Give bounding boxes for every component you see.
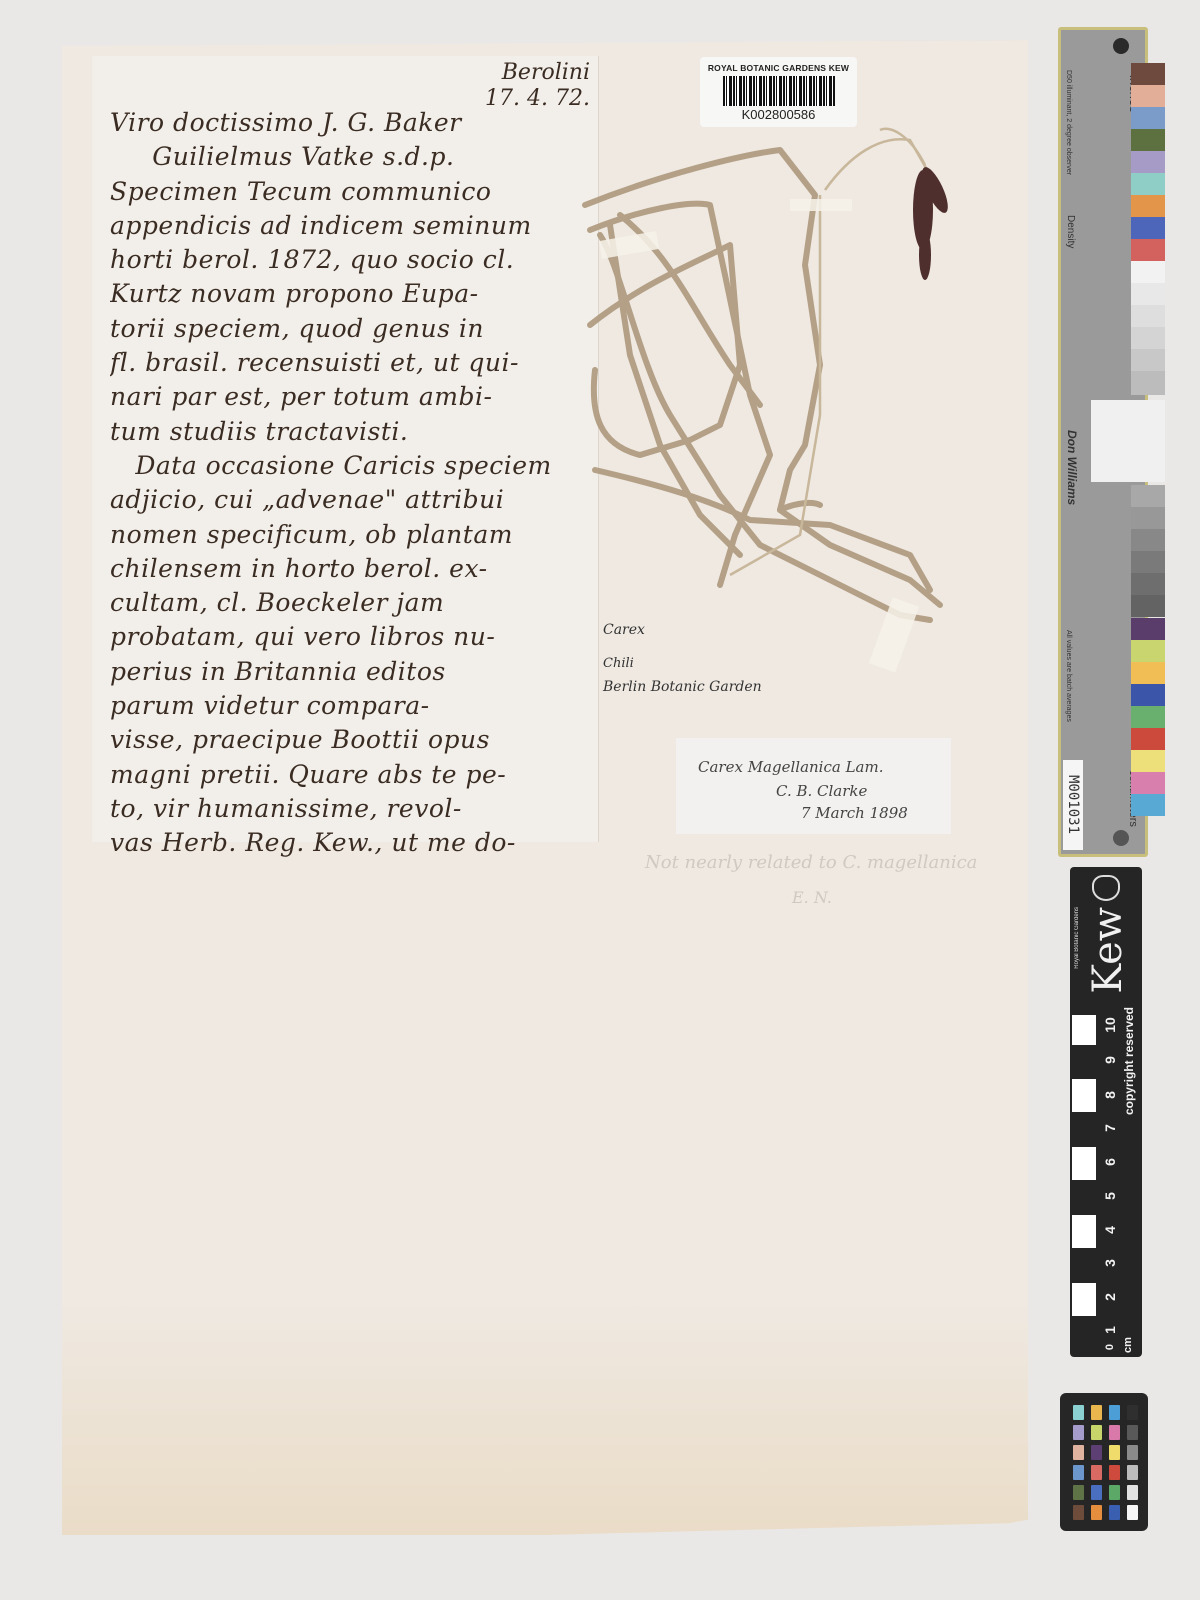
scale-tick: 7: [1102, 1118, 1118, 1138]
copyright-note: copyright reserved: [1122, 1007, 1136, 1115]
color-patch: [1131, 706, 1165, 728]
maker-label: Don Williams: [1065, 430, 1079, 505]
scale-tick: 9: [1102, 1050, 1118, 1070]
swatch: [1073, 1425, 1084, 1440]
color-patch: [1131, 63, 1165, 85]
determination-date: 7 March 1898: [801, 804, 908, 822]
letter-line: parum videtur compara-: [110, 689, 600, 723]
scale-tick: 3: [1102, 1253, 1118, 1273]
scale-tick: 6: [1102, 1152, 1118, 1172]
swatch: [1091, 1485, 1102, 1500]
swatch: [1127, 1505, 1138, 1520]
letter-body: Viro doctissimo J. G. Baker Guilielmus V…: [110, 106, 600, 861]
scale-segment: [1072, 1147, 1096, 1180]
kew-subtitle: Royal Botanic Gardens: [1074, 907, 1080, 969]
carex-specimen-icon: [580, 115, 980, 675]
swatch: [1127, 1485, 1138, 1500]
institution-name: ROYAL BOTANIC GARDENS KEW: [700, 63, 857, 73]
gray-patch: [1131, 529, 1165, 551]
swatch: [1109, 1485, 1120, 1500]
density-label: Density: [1065, 215, 1076, 248]
swatch: [1091, 1445, 1102, 1460]
source-note: Berlin Botanic Garden: [603, 679, 762, 695]
swatch: [1127, 1425, 1138, 1440]
color-patch: [1131, 684, 1165, 706]
color-patch: [1131, 794, 1165, 816]
swatch: [1073, 1485, 1084, 1500]
gray-patch: [1131, 305, 1165, 327]
density-step-wedge: [1091, 400, 1165, 482]
genus-note: Carex: [603, 622, 645, 638]
color-patch: [1131, 85, 1165, 107]
kew-crest-icon: [1092, 875, 1120, 901]
scale-tick: 10: [1102, 1015, 1118, 1035]
letter-line: Kurtz novam propono Eupa-: [110, 277, 600, 311]
batch-note: All values are batch averages: [1065, 630, 1072, 722]
scale-tick: 2: [1102, 1287, 1118, 1307]
color-patch: [1131, 640, 1165, 662]
letter-line: horti berol. 1872, quo socio cl.: [110, 243, 600, 277]
letter-line: to, vir humanissime, revol-: [110, 792, 600, 826]
gray-patch: [1131, 371, 1165, 395]
barcode-icon: [723, 76, 835, 106]
letter-line: torii speciem, quod genus in: [110, 312, 600, 346]
scale-segment: [1072, 1215, 1096, 1248]
swatch: [1109, 1425, 1120, 1440]
color-patch: [1131, 239, 1165, 261]
letter-line: nari par est, per totum ambi-: [110, 380, 600, 414]
gray-patch: [1131, 485, 1165, 507]
swatch: [1109, 1405, 1120, 1420]
swatch: [1091, 1405, 1102, 1420]
swatch: [1109, 1445, 1120, 1460]
swatch: [1109, 1505, 1120, 1520]
color-patch: [1131, 107, 1165, 129]
swatch: [1073, 1465, 1084, 1480]
letter-dateline: Berolini 17. 4. 72.: [460, 60, 590, 112]
gray-patch: [1131, 349, 1165, 371]
letter-line: tum studiis tractavisti.: [110, 415, 600, 449]
color-patch: [1131, 750, 1165, 772]
letter-line: adjicio, cui „advenae" attribui: [110, 483, 600, 517]
color-patch: [1131, 728, 1165, 750]
scale-tick: 0: [1104, 1337, 1116, 1357]
gray-patch: [1131, 595, 1165, 617]
scale-tick: 8: [1102, 1085, 1118, 1105]
letter-line: visse, praecipue Boottii opus: [110, 723, 600, 757]
swatch: [1127, 1465, 1138, 1480]
illuminant-note: D50 illuminant, 2 degree observer: [1065, 70, 1072, 175]
mounting-tape: [790, 199, 852, 211]
gray-patch: [1131, 551, 1165, 573]
gray-patch: [1131, 573, 1165, 595]
letter-line: Specimen Tecum communico: [110, 175, 600, 209]
color-calibration-bar: inches D50 illuminant, 2 degree observer…: [1058, 27, 1148, 857]
color-patch: [1131, 129, 1165, 151]
letter-line: perius in Britannia editos: [110, 655, 600, 689]
pencil-annotation: Not nearly related to C. magellanica: [645, 852, 977, 873]
gray-patch: [1131, 327, 1165, 349]
color-patch: [1131, 151, 1165, 173]
scale-segment: [1072, 1079, 1096, 1112]
locality-note: Chili: [603, 656, 634, 671]
color-patch: [1131, 618, 1165, 640]
sheet-aged-edge: [62, 1300, 1028, 1535]
swatch: [1091, 1425, 1102, 1440]
pencil-initials: E. N.: [792, 888, 832, 907]
color-swatch-card: [1060, 1393, 1148, 1531]
letter-place: Berolini: [460, 60, 590, 86]
determiner-name: C. B. Clarke: [776, 782, 867, 800]
scale-segment: [1072, 1015, 1096, 1045]
color-patch: [1131, 217, 1165, 239]
scale-unit: cm: [1122, 1335, 1134, 1355]
registration-dot: [1113, 830, 1129, 846]
kew-logo: Kew: [1082, 907, 1134, 994]
gray-patch: [1131, 283, 1165, 305]
color-patch: [1131, 662, 1165, 684]
letter-line: Viro doctissimo J. G. Baker: [110, 106, 600, 140]
color-bar-id: M001031: [1063, 760, 1083, 850]
letter-line: appendicis ad indicem seminum: [110, 209, 600, 243]
swatch: [1073, 1405, 1084, 1420]
taxon-name: Carex Magellanica Lam.: [698, 758, 883, 776]
determination-label: Carex Magellanica Lam. C. B. Clarke 7 Ma…: [676, 738, 951, 834]
gray-patch: [1131, 261, 1165, 283]
letter-line: Data occasione Caricis speciem: [110, 449, 600, 483]
letter-line: vas Herb. Reg. Kew., ut me do-: [110, 826, 600, 860]
swatch: [1091, 1465, 1102, 1480]
scale-segment: [1072, 1283, 1096, 1316]
color-patch: [1131, 772, 1165, 794]
swatch: [1091, 1505, 1102, 1520]
gray-patch: [1131, 507, 1165, 529]
color-patch: [1131, 195, 1165, 217]
letter-line: probatam, qui vero libros nu-: [110, 620, 600, 654]
swatch: [1073, 1505, 1084, 1520]
registration-dot: [1113, 38, 1129, 54]
letter-line: chilensem in horto berol. ex-: [110, 552, 600, 586]
letter-line: cultam, cl. Boeckeler jam: [110, 586, 600, 620]
swatch: [1127, 1445, 1138, 1460]
swatch: [1073, 1445, 1084, 1460]
swatch: [1127, 1405, 1138, 1420]
letter-line: fl. brasil. recensuisti et, ut qui-: [110, 346, 600, 380]
kew-scale-bar: Kew Royal Botanic Gardens copyright rese…: [1070, 867, 1142, 1357]
letter-line: nomen specificum, ob plantam: [110, 518, 600, 552]
scale-tick: 4: [1102, 1220, 1118, 1240]
swatch: [1109, 1465, 1120, 1480]
color-patch: [1131, 173, 1165, 195]
letter-line: Guilielmus Vatke s.d.p.: [110, 140, 600, 174]
letter-line: magni pretii. Quare abs te pe-: [110, 758, 600, 792]
scale-tick: 5: [1102, 1186, 1118, 1206]
